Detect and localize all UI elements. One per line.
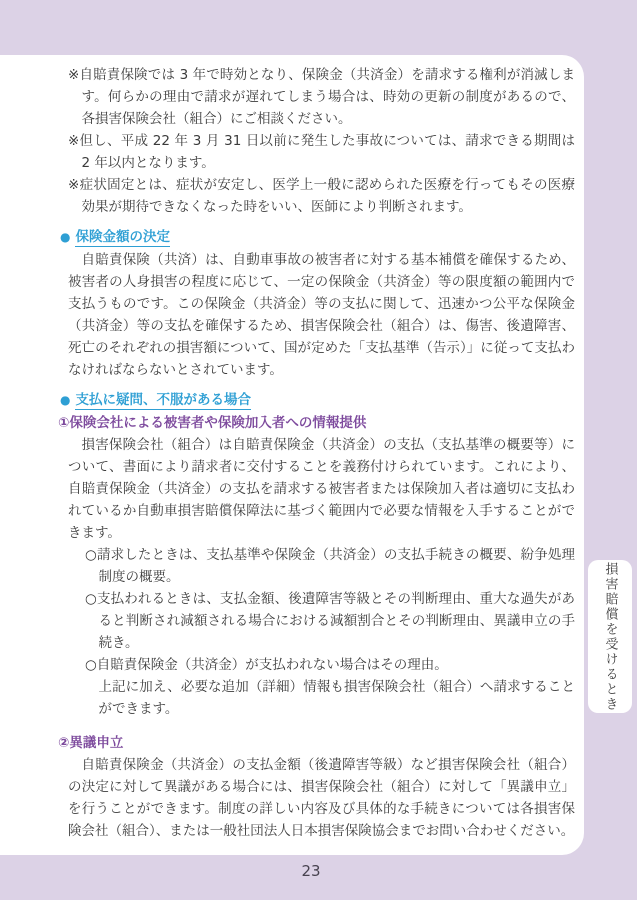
section-bullet-icon: ●	[60, 230, 70, 244]
subheading-appeal: ②異議申立	[58, 732, 575, 754]
pamphlet-page: { "page": { "number": "23", "side_tab_la…	[0, 0, 637, 900]
paragraph-benefit-amount: 自賠責保険（共済）は、自動車事故の被害者に対する基本補償を確保するため、被害者の…	[68, 249, 575, 381]
paragraph-info-provision: 損害保険会社（組合）は自賠責保険金（共済金）の支払（支払基準の概要等）について、…	[68, 434, 575, 544]
note-item-statute-of-limitations: ※自賠責保険では 3 年で時効となり、保険金（共済金）を請求する権利が消滅します…	[68, 64, 575, 130]
note-item-symptom-fixation: ※症状固定とは、症状が安定し、医学上一般に認められた医療を行ってもその医療効果が…	[68, 174, 575, 218]
side-index-tab-label: 損害賠償を受けるとき	[601, 562, 620, 712]
section-heading-dispute-label: 支払に疑問、不服がある場合	[75, 392, 251, 410]
side-index-tab: 損害賠償を受けるとき	[588, 560, 632, 713]
bullet-item-when-claimed: ○請求したときは、支払基準や保険金（共済金）の支払手続きの概要、紛争処理制度の概…	[85, 544, 575, 588]
bullet-item-when-paid: ○支払われるときは、支払金額、後遺障害等級とその判断理由、重大な過失があると判断…	[85, 588, 575, 654]
note-item-pre-heisei22-accidents: ※但し、平成 22 年 3 月 31 日以前に発生した事故については、請求できる…	[68, 130, 575, 174]
section-bullet-icon: ●	[60, 393, 70, 407]
section-heading-benefit-amount-label: 保険金額の決定	[75, 229, 170, 247]
page-content: ※自賠責保険では 3 年で時効となり、保険金（共済金）を請求する権利が消滅します…	[0, 55, 584, 842]
info-provision-bullet-list: ○請求したときは、支払基準や保険金（共済金）の支払手続きの概要、紛争処理制度の概…	[85, 544, 575, 676]
subheading-info-provision: ①保険会社による被害者や保険加入者への情報提供	[58, 412, 575, 434]
page-number: 23	[0, 862, 622, 880]
content-panel: ※自賠責保険では 3 年で時効となり、保険金（共済金）を請求する権利が消滅します…	[0, 55, 584, 855]
paragraph-appeal: 自賠責保険金（共済金）の支払金額（後遺障害等級）など損害保険会社（組合）の決定に…	[68, 754, 575, 842]
section-heading-benefit-amount: ●保険金額の決定	[60, 226, 575, 248]
bullet-list-note: 上記に加え、必要な追加（詳細）情報も損害保険会社（組合）へ請求することができます…	[99, 676, 576, 720]
bullet-item-when-not-paid: ○自賠責保険金（共済金）が支払われない場合はその理由。	[85, 654, 575, 676]
section-heading-dispute: ●支払に疑問、不服がある場合	[60, 389, 575, 411]
